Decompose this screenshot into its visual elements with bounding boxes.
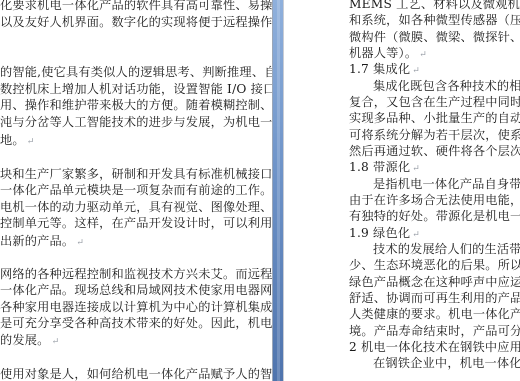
text-line: 机器人等）。↵ <box>349 45 427 61</box>
text-line: 舒适、协调而可再生利用的产品。在其设计 <box>349 290 520 306</box>
line-text: 的智能,使它具有类似人的逻辑思考、判断推理、自 <box>0 65 272 79</box>
text-line: 控制单元等。这样，在产品开发设计时，可以利用这 <box>0 215 272 231</box>
line-text: 机器人等）。 <box>349 46 417 60</box>
document-page-left: 化要求机电一体化产品的软件具有高可靠性、易操以及友好人机界面。数字化的实现将便于… <box>0 0 272 381</box>
line-text: 是指机电一体化产品自身带有能源,如 <box>373 177 520 191</box>
text-line: 1.9 绿色化↵ <box>349 225 420 241</box>
document-page-right: MEMS 工艺、材料以及微观机理方面取得了和系统，如各种微型传感器（压力传感器、… <box>284 0 520 381</box>
line-text: 2 机电一体化技术在钢铁中应用 <box>349 340 520 354</box>
text-line: 一体化产品单元模块是一项复杂而有前途的工作。如 <box>0 182 272 198</box>
text-line: 然后再通过软、硬件将各个层次有机地联系 <box>349 143 520 159</box>
text-line: MEMS 工艺、材料以及微观机理方面取得了 <box>349 0 520 12</box>
text-line: 可将系统分解为若干层次，使系统功能分散 <box>349 127 520 143</box>
text-line: 集成化既包含各种技术的相互渗透、相 <box>373 78 520 94</box>
line-text: 化要求机电一体化产品的软件具有高可靠性、易操 <box>0 0 272 12</box>
text-line: 各种家用电器连接成以计算机为中心的计算机集成 <box>0 299 272 315</box>
page-separator <box>272 0 284 381</box>
line-text: 沌与分岔等人工智能技术的进步与发展，为机电一 <box>0 115 272 129</box>
line-text: 少、生态环境恶化的后果。所以，人们呼吁 <box>349 258 520 272</box>
line-text: 控制单元等。这样，在产品开发设计时，可以利用这 <box>0 216 272 230</box>
text-line: 有独特的好处。带源化是机电一体化产品的 <box>349 208 520 224</box>
line-text: 绿色产品概念在这种呼声中应运而生。绿色 <box>349 275 520 289</box>
line-text: 用、操作和维护带来极大的方便。随着模糊控制、神 <box>0 98 272 112</box>
paragraph-mark-icon: ↵ <box>412 230 420 240</box>
line-text: 由于在许多场合无法使用电能，因而对于运 <box>349 193 520 207</box>
text-line: 网络的各种远程控制和监视技术方兴未艾。而远程控 <box>0 266 272 282</box>
text-line: 的发展。↵ <box>0 332 59 348</box>
text-line: 出新的产品。↵ <box>0 233 84 249</box>
text-line: 电机一体的动力驱动单元，具有视觉、图像处理、识 <box>0 199 272 215</box>
text-line: 地。↵ <box>0 132 35 148</box>
text-line: 人类健康的要求。机电一体化产品的绿色化 <box>349 306 520 322</box>
text-line: 复合，又包含在生产过程中同时处理加工、 <box>349 94 520 110</box>
line-text: 微构件（微膜、微梁、微探针、微连杆、微 <box>349 30 520 44</box>
line-text: 技术的发展给人们的生活带来巨大变化 <box>373 242 520 256</box>
line-text: 境。产品寿命结束时，产品可分解和再生利 <box>349 324 520 338</box>
line-text: 出新的产品。 <box>0 234 74 248</box>
paragraph-mark-icon: ↵ <box>76 238 84 248</box>
text-line: 技术的发展给人们的生活带来巨大变化 <box>373 241 520 257</box>
line-text: 使用对象是人，如何给机电一体化产品赋予人的智 <box>0 367 272 381</box>
text-line: 少、生态环境恶化的后果。所以，人们呼吁 <box>349 257 520 273</box>
paragraph-mark-icon: ↵ <box>419 50 427 60</box>
line-text: 有独特的好处。带源化是机电一体化产品的 <box>349 209 520 223</box>
text-line: 和系统，如各种微型传感器（压力传感器、 <box>349 12 520 28</box>
text-line: 境。产品寿命结束时，产品可分解和再生利 <box>349 323 520 339</box>
text-line: 在钢铁企业中，机电一体化系统是以微 <box>373 355 520 371</box>
line-text: 的发展。 <box>0 333 50 347</box>
line-text: 在钢铁企业中，机电一体化系统是以微 <box>373 356 520 370</box>
text-line: 绿色产品概念在这种呼声中应运而生。绿色 <box>349 274 520 290</box>
text-line: 数控机床上增加人机对话功能，设置智能 I/O 接口 <box>0 81 272 97</box>
line-text: 舒适、协调而可再生利用的产品。在其设计 <box>349 291 520 305</box>
text-line: 以及友好人机界面。数字化的实现将便于远程操作、 <box>0 14 272 30</box>
line-text: 复合，又包含在生产过程中同时处理加工、 <box>349 95 520 109</box>
text-line: 使用对象是人，如何给机电一体化产品赋予人的智 <box>0 366 272 381</box>
line-text: 可将系统分解为若干层次，使系统功能分散 <box>349 128 520 142</box>
line-text: 数控机床上增加人机对话功能，设置智能 I/O 接口 <box>0 82 272 96</box>
line-text: 一体化产品。现场总线和局域网技术使家用电器网络 <box>0 283 272 297</box>
line-text: 1.7 集成化 <box>349 62 410 76</box>
paragraph-mark-icon: ↵ <box>412 164 420 174</box>
paragraph-mark-icon: ↵ <box>52 337 60 347</box>
line-text: 1.9 绿色化 <box>349 226 410 240</box>
text-line: 微构件（微膜、微梁、微探针、微连杆、微 <box>349 29 520 45</box>
line-text: 块和生产厂家繁多，研制和开发具有标准机械接口、 <box>0 167 272 181</box>
line-text: 集成化既包含各种技术的相互渗透、相 <box>373 79 520 93</box>
paragraph-mark-icon: ↵ <box>412 66 420 76</box>
line-text: 然后再通过软、硬件将各个层次有机地联系 <box>349 144 520 158</box>
line-text: MEMS 工艺、材料以及微观机理方面取得了 <box>349 0 520 11</box>
paragraph-mark-icon: ↵ <box>27 137 35 147</box>
line-text: 1.8 带源化 <box>349 160 410 174</box>
line-text: 地。 <box>0 133 25 147</box>
line-text: 人类健康的要求。机电一体化产品的绿色化 <box>349 307 520 321</box>
text-line: 1.7 集成化↵ <box>349 61 420 77</box>
text-line: 的智能,使它具有类似人的逻辑思考、判断推理、自 <box>0 64 272 80</box>
line-text: 实现多品种、小批量生产的自动化与高效率 <box>349 111 520 125</box>
line-text: 和系统，如各种微型传感器（压力传感器、 <box>349 13 520 27</box>
line-text: 是可充分享受各种高技术带来的好处。因此，机电一 <box>0 316 272 330</box>
line-text: 一体化产品单元模块是一项复杂而有前途的工作。如 <box>0 183 272 197</box>
text-line: 2 机电一体化技术在钢铁中应用 ↵ <box>349 339 520 355</box>
line-text: 电机一体的动力驱动单元，具有视觉、图像处理、识 <box>0 200 272 214</box>
text-line: 由于在许多场合无法使用电能，因而对于运 <box>349 192 520 208</box>
text-line: 化要求机电一体化产品的软件具有高可靠性、易操 <box>0 0 272 13</box>
text-line: 沌与分岔等人工智能技术的进步与发展，为机电一 <box>0 114 272 130</box>
text-line: 是指机电一体化产品自身带有能源,如 <box>373 176 520 192</box>
line-text: 以及友好人机界面。数字化的实现将便于远程操作、 <box>0 15 272 29</box>
line-text: 网络的各种远程控制和监视技术方兴未艾。而远程控 <box>0 267 272 281</box>
text-line: 是可充分享受各种高技术带来的好处。因此，机电一 <box>0 315 272 331</box>
text-line: 一体化产品。现场总线和局域网技术使家用电器网络 <box>0 282 272 298</box>
text-line: 1.8 带源化↵ <box>349 159 420 175</box>
text-line: 实现多品种、小批量生产的自动化与高效率 <box>349 110 520 126</box>
text-line: 用、操作和维护带来极大的方便。随着模糊控制、神 <box>0 97 272 113</box>
line-text: 各种家用电器连接成以计算机为中心的计算机集成 <box>0 300 272 314</box>
text-line: 块和生产厂家繁多，研制和开发具有标准机械接口、 <box>0 166 272 182</box>
